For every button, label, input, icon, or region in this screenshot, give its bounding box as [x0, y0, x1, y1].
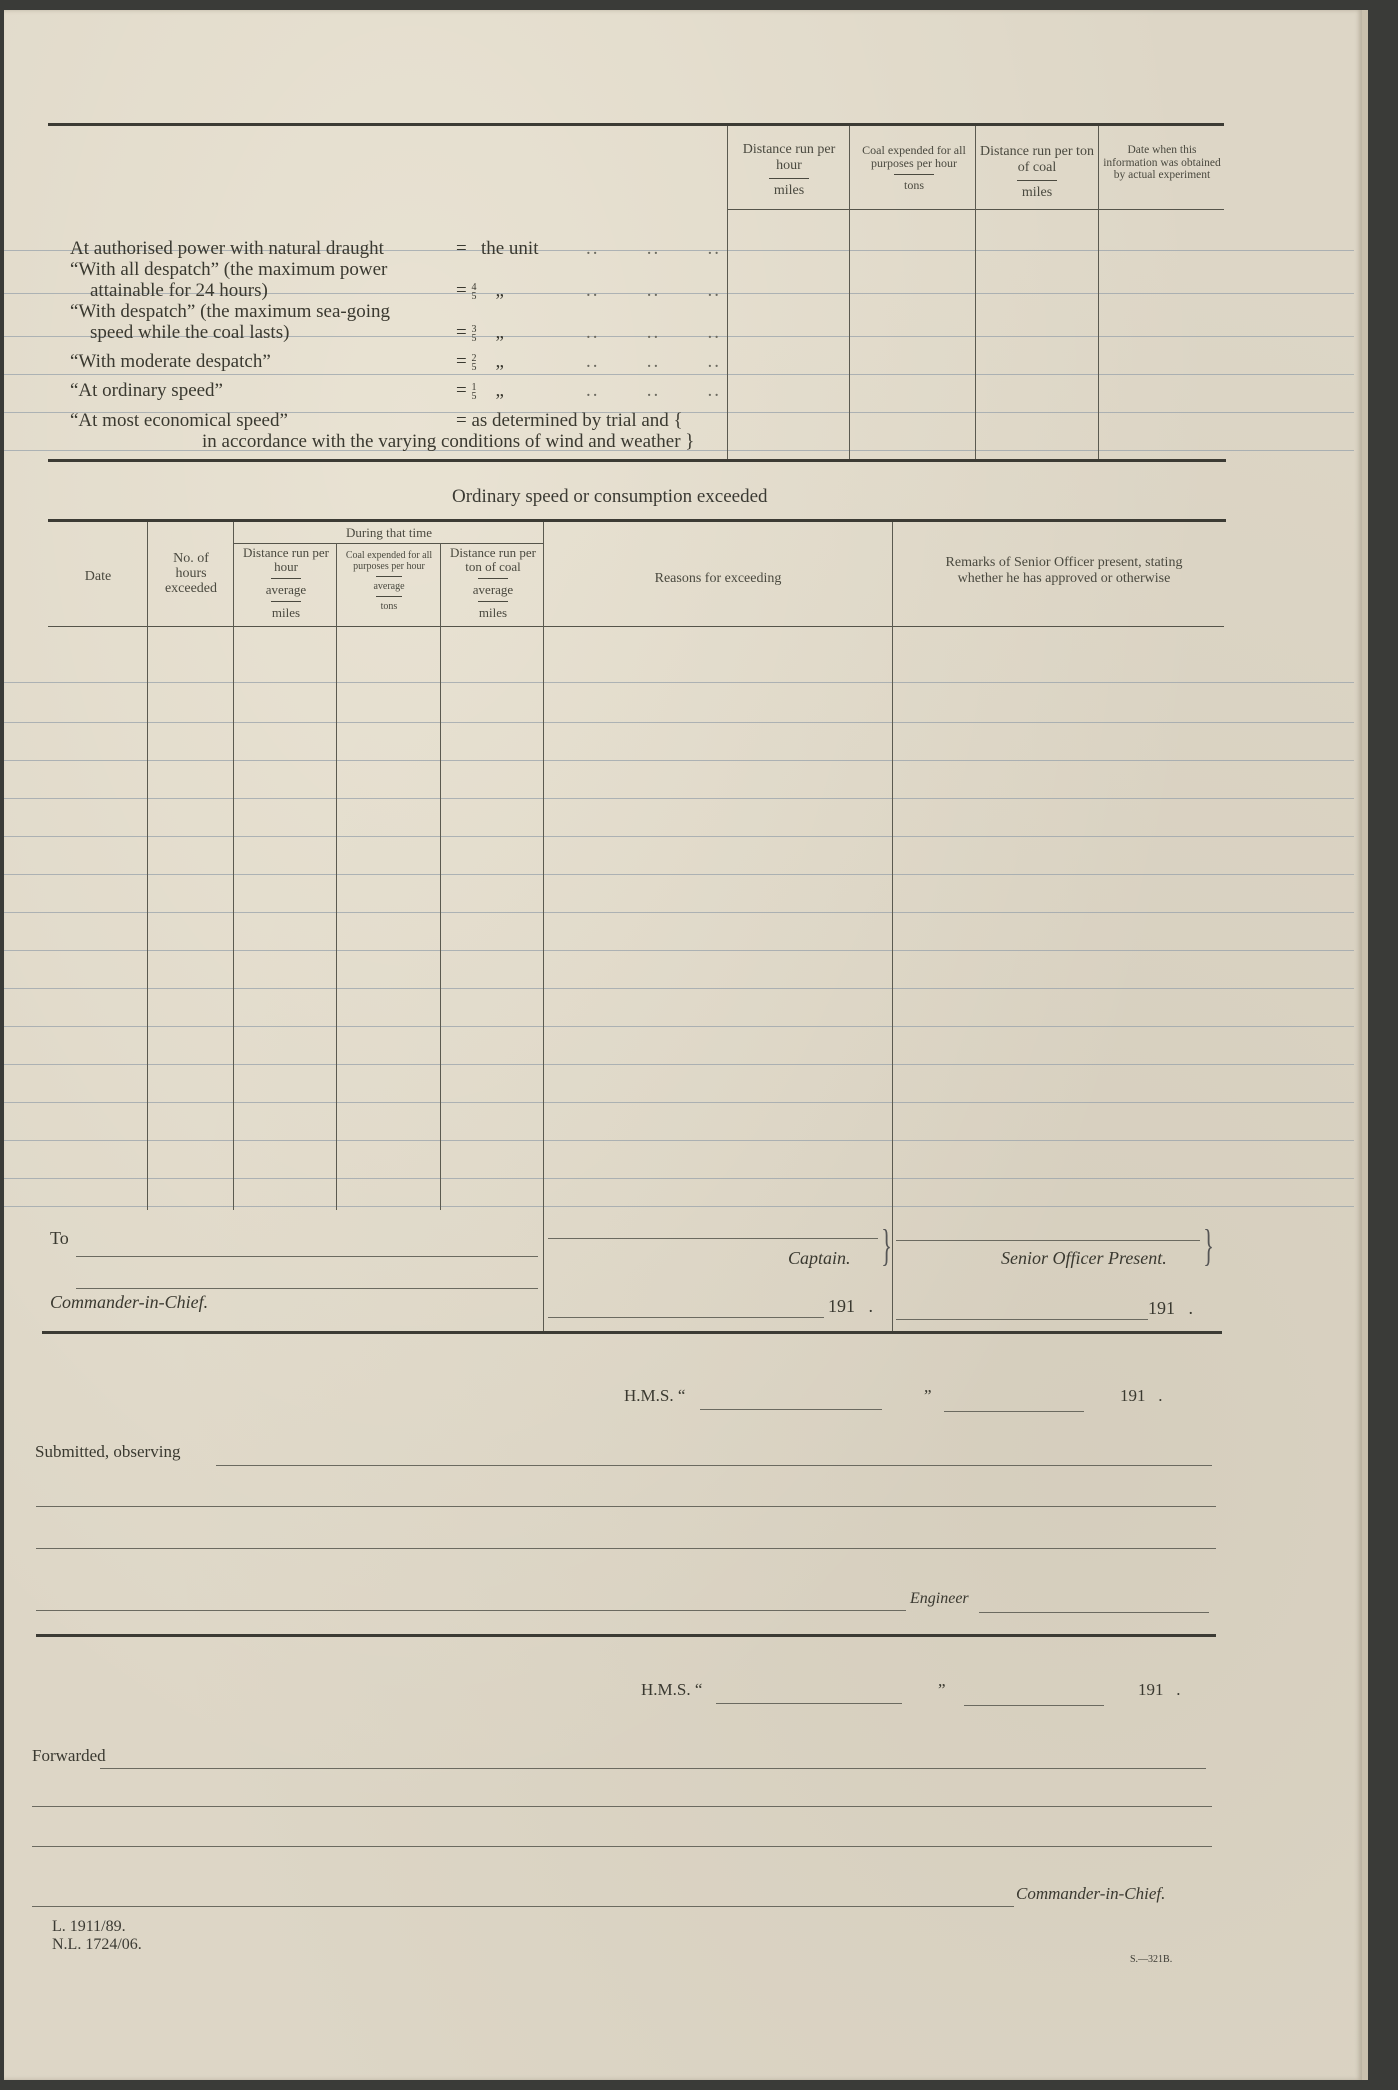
speed-row-despatch-fraction: = 35 „ [456, 322, 504, 344]
reference-number-2: N.L. 1724/06. [52, 1936, 142, 1954]
leader-dots: .. .. .. [586, 322, 721, 344]
col-header-coal-per-hour: Coal expended for all purposes per hour … [856, 144, 972, 192]
senior-officer-signature-field[interactable] [896, 1240, 1200, 1241]
forwarded-ship-prefix: H.M.S. “ [641, 1680, 702, 1700]
senior-officer-year: 191 . [1148, 1298, 1193, 1319]
leader-dots: .. .. .. [586, 238, 721, 260]
speed-row-moderate-fraction: = 25 „ [456, 351, 504, 373]
forwarded-commander-label: Commander-in-Chief. [1016, 1884, 1165, 1904]
reference-number-1: L. 1911/89. [52, 1918, 126, 1936]
speed-row-economical-value: = as determined by trial and { [456, 410, 683, 432]
to-field-line-2[interactable] [76, 1288, 538, 1289]
speed-row-moderate-despatch: “With moderate despatch” [70, 351, 271, 373]
submitted-ship-name-field[interactable] [700, 1409, 882, 1410]
forwarded-line-2[interactable] [32, 1806, 1212, 1807]
col-header-distance-per-ton: Distance run per ton of coal miles [978, 144, 1096, 201]
speed-row-all-despatch-fraction: = 45 „ [456, 280, 504, 302]
form-code: S.—321B. [1130, 1954, 1172, 1965]
forwarded-ship-name-field[interactable] [716, 1703, 902, 1704]
speed-row-ordinary-fraction: = 15 „ [456, 380, 504, 402]
col-header-date: Date [50, 570, 146, 584]
engineer-signature-field-2[interactable] [979, 1612, 1209, 1613]
col-header-hours-exceeded: No. of hours exceeded [158, 551, 224, 596]
commander-signature-field[interactable] [32, 1906, 1014, 1907]
col-header-avg-coal: Coal expended for all purposes per hour … [340, 550, 438, 612]
forwarded-date-field[interactable] [964, 1705, 1104, 1706]
submitted-ship-prefix: H.M.S. “ [624, 1386, 685, 1406]
captain-brace: } [881, 1220, 892, 1271]
captain-label: Captain. [788, 1248, 851, 1269]
exceeded-section-title: Ordinary speed or consumption exceeded [452, 486, 768, 508]
submitted-label: Submitted, observing [35, 1442, 180, 1462]
submitted-line-2[interactable] [36, 1506, 1216, 1507]
submitted-date-field[interactable] [944, 1411, 1084, 1412]
forwarded-ship-suffix: ” [938, 1680, 946, 1700]
forwarded-line-3[interactable] [32, 1846, 1212, 1847]
col-header-avg-per-ton: Distance run per ton of coal average mil… [444, 546, 542, 620]
captain-signature-field[interactable] [548, 1238, 878, 1239]
col-header-distance-per-hour: Distance run per hour miles [730, 142, 848, 199]
engineer-label: Engineer [910, 1590, 969, 1608]
speed-row-despatch: “With despatch” (the maximum sea-going s… [70, 301, 390, 343]
forwarded-label: Forwarded [32, 1746, 106, 1766]
submitted-line-1[interactable] [216, 1465, 1212, 1466]
form-page: Distance run per hour miles Coal expende… [4, 10, 1368, 2080]
speed-row-authorised-value: = the unit [456, 238, 539, 260]
speed-row-economical: “At most economical speed” [70, 410, 288, 432]
leader-dots: .. .. .. [586, 380, 721, 402]
submitted-line-3[interactable] [36, 1548, 1216, 1549]
leader-dots: .. .. .. [586, 351, 721, 373]
senior-officer-brace: } [1203, 1220, 1214, 1271]
to-label: To [50, 1228, 69, 1249]
engineer-signature-field[interactable] [36, 1610, 906, 1611]
group-header-during-time: During that time [236, 526, 542, 540]
exceeded-table-body[interactable] [48, 628, 1224, 1208]
senior-officer-date-field[interactable] [896, 1319, 1148, 1320]
col-header-date-obtained: Date when this information was obtained … [1101, 144, 1223, 182]
speed-row-authorised: At authorised power with natural draught [70, 238, 384, 260]
captain-year: 191 . [828, 1296, 873, 1317]
captain-date-field[interactable] [548, 1317, 824, 1318]
speed-row-economical-note: in accordance with the varying condition… [202, 431, 694, 453]
senior-officer-label: Senior Officer Present. [1001, 1248, 1167, 1269]
submitted-ship-suffix: ” [924, 1386, 932, 1406]
speed-row-all-despatch: “With all despatch” (the maximum power a… [70, 259, 387, 301]
col-header-reasons: Reasons for exceeding [546, 572, 890, 586]
commander-label: Commander-in-Chief. [50, 1292, 208, 1313]
to-field[interactable] [76, 1256, 538, 1257]
forwarded-year: 191 . [1138, 1680, 1181, 1700]
leader-dots: .. .. .. [586, 280, 721, 302]
col-header-remarks: Remarks of Senior Officer present, stati… [934, 555, 1194, 587]
submitted-year: 191 . [1120, 1386, 1163, 1406]
speed-row-ordinary: “At ordinary speed” [70, 380, 223, 402]
col-header-avg-distance: Distance run per hour average miles [237, 546, 335, 620]
forwarded-line-1[interactable] [100, 1768, 1206, 1769]
